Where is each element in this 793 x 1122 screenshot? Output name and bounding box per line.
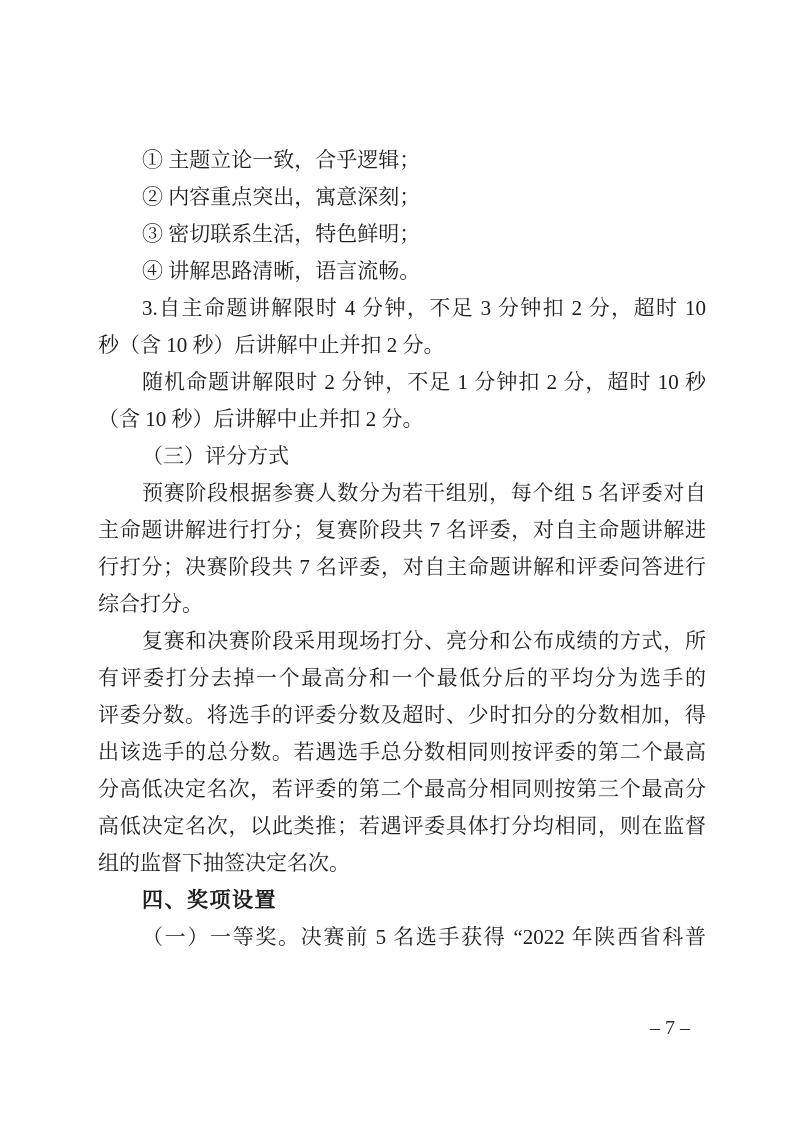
text-line: 出该选手的总分数。若遇选手总分数相同则按评委的第二个最高	[98, 734, 706, 771]
list-item-1: ① 主题立论一致，合乎逻辑；	[98, 142, 706, 179]
document-page: ① 主题立论一致，合乎逻辑； ② 内容重点突出，寓意深刻； ③ 密切联系生活，特…	[0, 0, 793, 1122]
text-line: 有评委打分去掉一个最高分和一个最低分后的平均分为选手的	[98, 660, 706, 697]
section-heading-scoring-method: （三）评分方式	[98, 438, 706, 475]
text-line: 复赛和决赛阶段采用现场打分、亮分和公布成绩的方式，所	[98, 623, 706, 660]
text-line: 秒（含 10 秒）后讲解中止并扣 2 分。	[98, 327, 706, 364]
text-line: 评委分数。将选手的评委分数及超时、少时扣分的分数相加，得	[98, 697, 706, 734]
page-number: – 7 –	[590, 1015, 750, 1041]
list-item-3: ③ 密切联系生活，特色鲜明；	[98, 216, 706, 253]
text-line: （一）一等奖。决赛前 5 名选手获得 “2022 年陕西省科普	[98, 919, 706, 956]
text-line: 分高低决定名次，若评委的第二个最高分相同则按第三个最高分	[98, 771, 706, 808]
text-line: 高低决定名次，以此类推；若遇评委具体打分均相同，则在监督	[98, 808, 706, 845]
text-line: 预赛阶段根据参赛人数分为若干组别，每个组 5 名评委对自	[98, 475, 706, 512]
text-line: 随机命题讲解限时 2 分钟，不足 1 分钟扣 2 分，超时 10 秒	[98, 364, 706, 401]
text-line: 组的监督下抽签决定名次。	[98, 845, 706, 882]
text-line: 主命题讲解进行打分；复赛阶段共 7 名评委，对自主命题讲解进	[98, 512, 706, 549]
list-item-4: ④ 讲解思路清晰，语言流畅。	[98, 253, 706, 290]
text-line: （含 10 秒）后讲解中止并扣 2 分。	[98, 401, 706, 438]
section-heading-awards: 四、奖项设置	[98, 882, 706, 919]
text-line: 3.自主命题讲解限时 4 分钟，不足 3 分钟扣 2 分，超时 10	[98, 290, 706, 327]
document-body: ① 主题立论一致，合乎逻辑； ② 内容重点突出，寓意深刻； ③ 密切联系生活，特…	[98, 142, 706, 956]
text-line: 综合打分。	[98, 586, 706, 623]
list-item-2: ② 内容重点突出，寓意深刻；	[98, 179, 706, 216]
text-line: 行打分；决赛阶段共 7 名评委，对自主命题讲解和评委问答进行	[98, 549, 706, 586]
